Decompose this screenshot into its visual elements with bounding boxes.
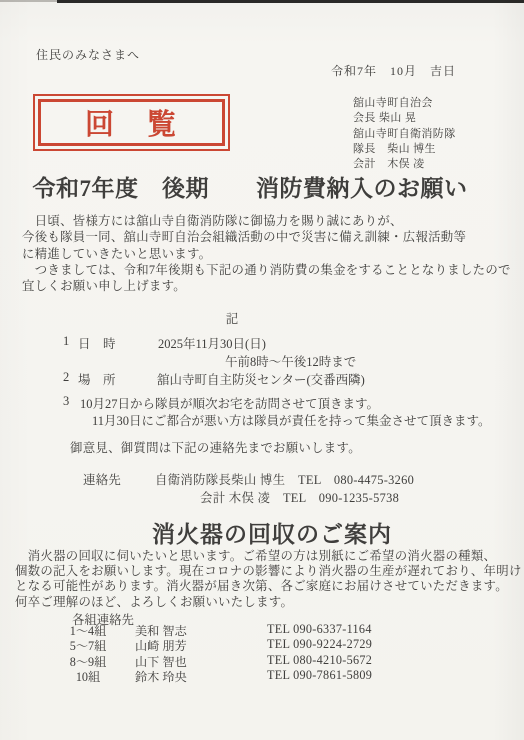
page-title: 令和7年度 後期 消防費納入のお願い bbox=[0, 170, 500, 203]
extinguisher-line: 何卒ご理解のほど、よろしくお願いいたします。 bbox=[15, 595, 522, 610]
intro-paragraph: 日頃、皆様方には舘山寺自衛消防隊に御協力を賜り誠にありが、 今後も隊員一同、舘山… bbox=[22, 213, 511, 294]
intro-line: に精進していきたいと思います。 bbox=[22, 246, 511, 262]
date-line: 令和7年 10月 吉日 bbox=[331, 62, 456, 79]
item-number: 1 bbox=[63, 334, 69, 349]
item-value-place: 舘山寺町自主防災センター(交番西隣) bbox=[157, 370, 365, 388]
contact-name: 鈴木 玲央 bbox=[135, 668, 187, 685]
kairan-stamp-inner-border: 回 覧 bbox=[38, 99, 225, 146]
table-row: 5～7組 山崎 朋芳 TEL 090-9224-2729 bbox=[0, 637, 524, 652]
item-value-date: 2025年11月30日(日) bbox=[158, 334, 266, 352]
extinguisher-line: となる可能性があります。消火器が届き次第、各ご家庭にお届けさせていただきます。 bbox=[15, 579, 522, 594]
signatory-chairman: 会長 柴山 晃 bbox=[353, 111, 456, 126]
scan-edge-artifact-faint bbox=[0, 0, 57, 2]
feedback-note: 御意見、御質問は下記の連絡先までお願いします。 bbox=[70, 438, 361, 456]
item-label: 場 所 bbox=[78, 370, 116, 388]
contact-tel: TEL 090-6337-1164 bbox=[267, 622, 372, 637]
contact-captain-tel: 自衛消防隊長柴山 博生 TEL 080-4475-3260 bbox=[155, 470, 414, 488]
intro-line: 今後も隊員一同、舘山寺町自治会組織活動の中で災害に備え訓練・広報活動等 bbox=[22, 229, 511, 245]
intro-line: 宜しくお願い申し上げます。 bbox=[22, 278, 511, 294]
kairan-stamp-label: 回 覧 bbox=[85, 102, 178, 143]
contact-tel: TEL 080-4210-5672 bbox=[267, 653, 372, 668]
signatory-association: 舘山寺町自治会 bbox=[353, 96, 456, 111]
extinguisher-paragraph: 消火器の回収に伺いたいと思います。ご希望の方は別紙にご希望の消火器の種類、 個数… bbox=[15, 549, 522, 610]
scanned-notice-page: 住民のみなさまへ 令和7年 10月 吉日 回 覧 舘山寺町自治会 会長 柴山 晃… bbox=[0, 0, 524, 740]
group-range: 10組 bbox=[56, 668, 120, 685]
contact-treasurer-tel: 会計 木俣 凌 TEL 090-1235-5738 bbox=[200, 488, 399, 506]
extinguisher-line: 消火器の回収に伺いたいと思います。ご希望の方は別紙にご希望の消火器の種類、 bbox=[15, 549, 522, 564]
record-marker: 記 bbox=[0, 309, 464, 327]
contact-tel: TEL 090-9224-2729 bbox=[267, 637, 372, 652]
signature-block: 舘山寺町自治会 会長 柴山 晃 舘山寺町自衛消防隊 隊長 柴山 博生 会計 木俣… bbox=[353, 96, 456, 172]
item-number: 3 bbox=[63, 394, 69, 409]
group-contacts-table: 1～4組 美和 智志 TEL 090-6337-1164 5～7組 山崎 朋芳 … bbox=[0, 622, 524, 684]
intro-line: 日頃、皆様方には舘山寺自衛消防隊に御協力を賜り誠にありが、 bbox=[22, 213, 511, 229]
item-value-hours: 午前8時～午後12時まで bbox=[225, 352, 356, 370]
scan-edge-artifact bbox=[57, 0, 524, 3]
salutation: 住民のみなさまへ bbox=[36, 46, 140, 63]
kairan-stamp-box: 回 覧 bbox=[33, 94, 230, 151]
item-visit-line1: 10月27日から隊員が順次お宅を訪問させて頂きます。 bbox=[80, 394, 379, 412]
table-row: 10組 鈴木 玲央 TEL 090-7861-5809 bbox=[0, 668, 524, 683]
contact-tel: TEL 090-7861-5809 bbox=[267, 668, 372, 683]
contact-label: 連絡先 bbox=[83, 470, 121, 488]
signatory-brigade: 舘山寺町自衛消防隊 bbox=[353, 127, 456, 142]
extinguisher-section-heading: 消火器の回収のご案内 bbox=[20, 516, 524, 549]
table-row: 8～9組 山下 智也 TEL 080-4210-5672 bbox=[0, 653, 524, 668]
item-number: 2 bbox=[63, 370, 69, 385]
item-visit-line2: 11月30日にご都合が悪い方は隊員が責任を持って集金させて頂きます。 bbox=[92, 411, 491, 429]
signatory-captain: 隊長 柴山 博生 bbox=[353, 142, 456, 157]
intro-line: つきましては、令和7年後期も下記の通り消防費の集金をすることとなりましたので bbox=[22, 262, 511, 278]
item-label: 日 時 bbox=[78, 334, 116, 352]
extinguisher-line: 個数の記入をお願いします。現在コロナの影響により消火器の生産が遅れており、年明け bbox=[15, 564, 522, 579]
table-row: 1～4組 美和 智志 TEL 090-6337-1164 bbox=[0, 622, 524, 637]
